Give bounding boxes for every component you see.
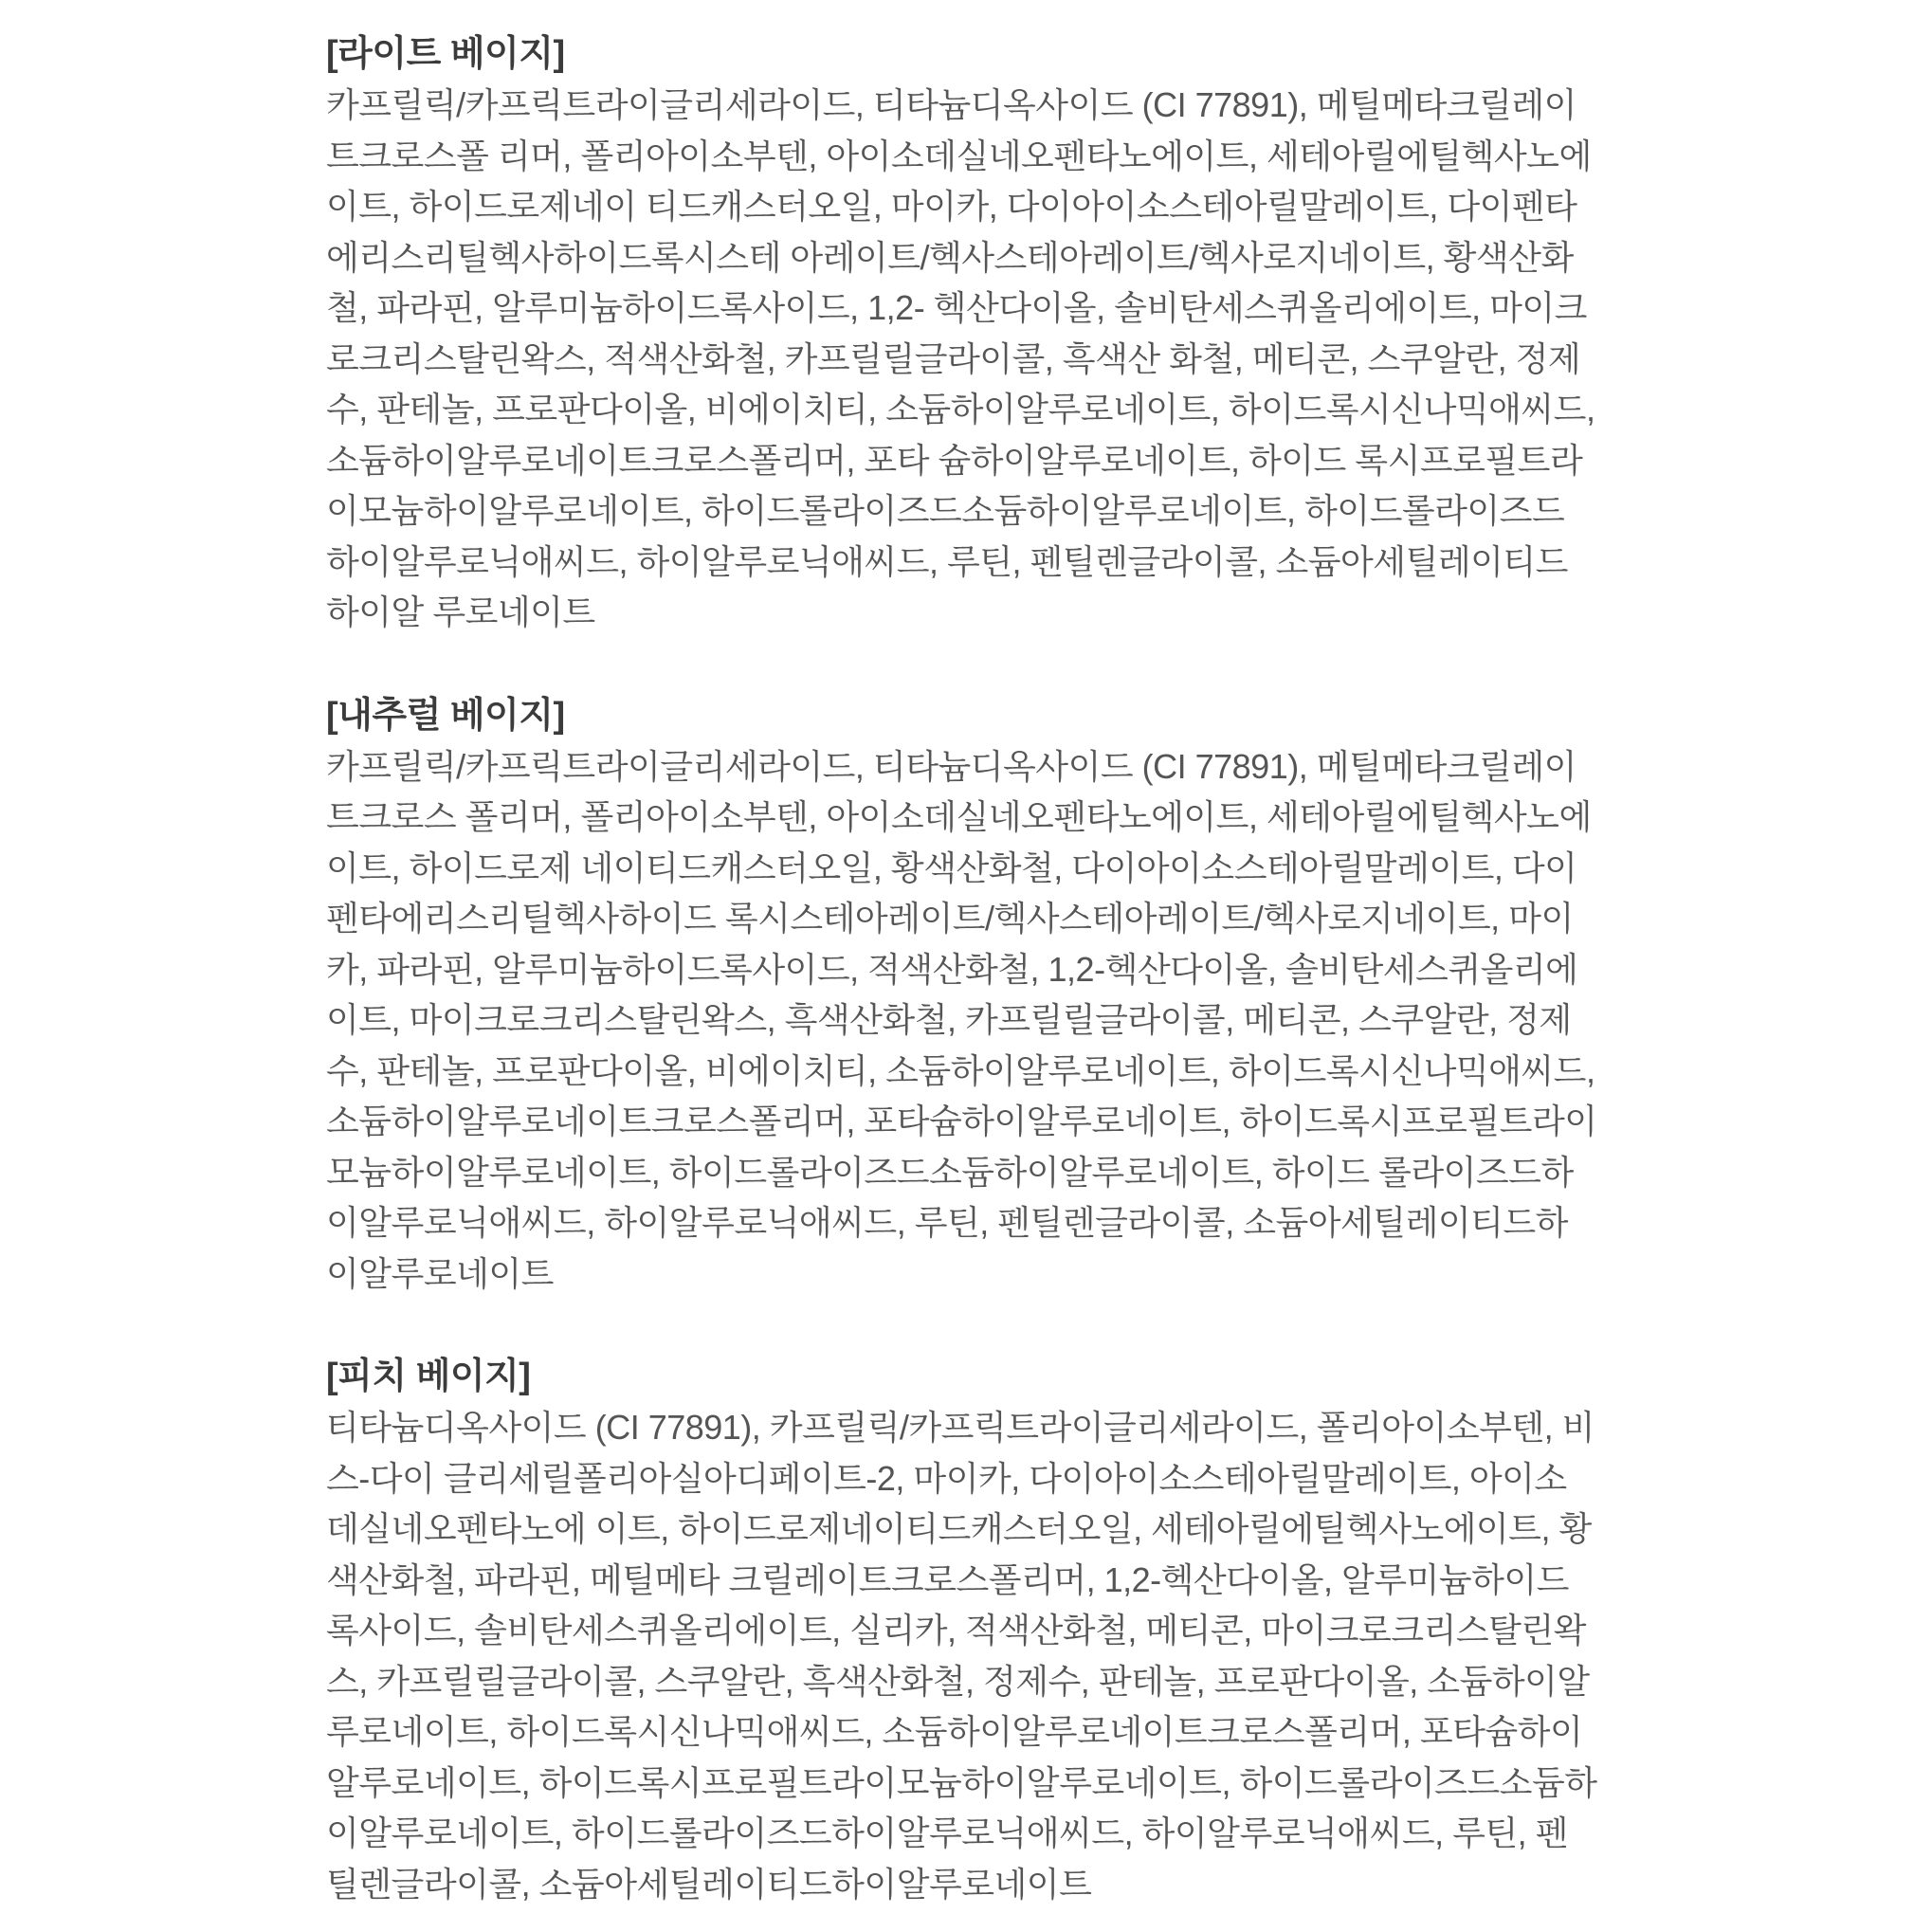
ingredient-list-peach-beige: 티타늄디옥사이드 (CI 77891), 카프릴릭/카프릭트라이글리세라이드, … <box>326 1402 1653 1909</box>
ingredient-list-natural-beige: 카프릴릭/카프릭트라이글리세라이드, 티타늄디옥사이드 (CI 77891), … <box>326 741 1653 1300</box>
shade-title-light-beige: [라이트 베이지] <box>326 28 1653 80</box>
ingredient-list-light-beige: 카프릴릭/카프릭트라이글리세라이드, 티타늄디옥사이드 (CI 77891), … <box>326 80 1653 638</box>
ingredients-page: [라이트 베이지] 카프릴릭/카프릭트라이글리세라이드, 티타늄디옥사이드 (C… <box>0 0 1932 1932</box>
shade-title-peach-beige: [피치 베이지] <box>326 1351 1653 1402</box>
ingredient-section-natural-beige: [내추럴 베이지] 카프릴릭/카프릭트라이글리세라이드, 티타늄디옥사이드 (C… <box>326 690 1653 1300</box>
ingredient-section-light-beige: [라이트 베이지] 카프릴릭/카프릭트라이글리세라이드, 티타늄디옥사이드 (C… <box>326 28 1653 638</box>
shade-title-natural-beige: [내추럴 베이지] <box>326 690 1653 741</box>
ingredients-content: [라이트 베이지] 카프릴릭/카프릭트라이글리세라이드, 티타늄디옥사이드 (C… <box>326 28 1653 1909</box>
ingredient-section-peach-beige: [피치 베이지] 티타늄디옥사이드 (CI 77891), 카프릴릭/카프릭트라… <box>326 1351 1653 1909</box>
